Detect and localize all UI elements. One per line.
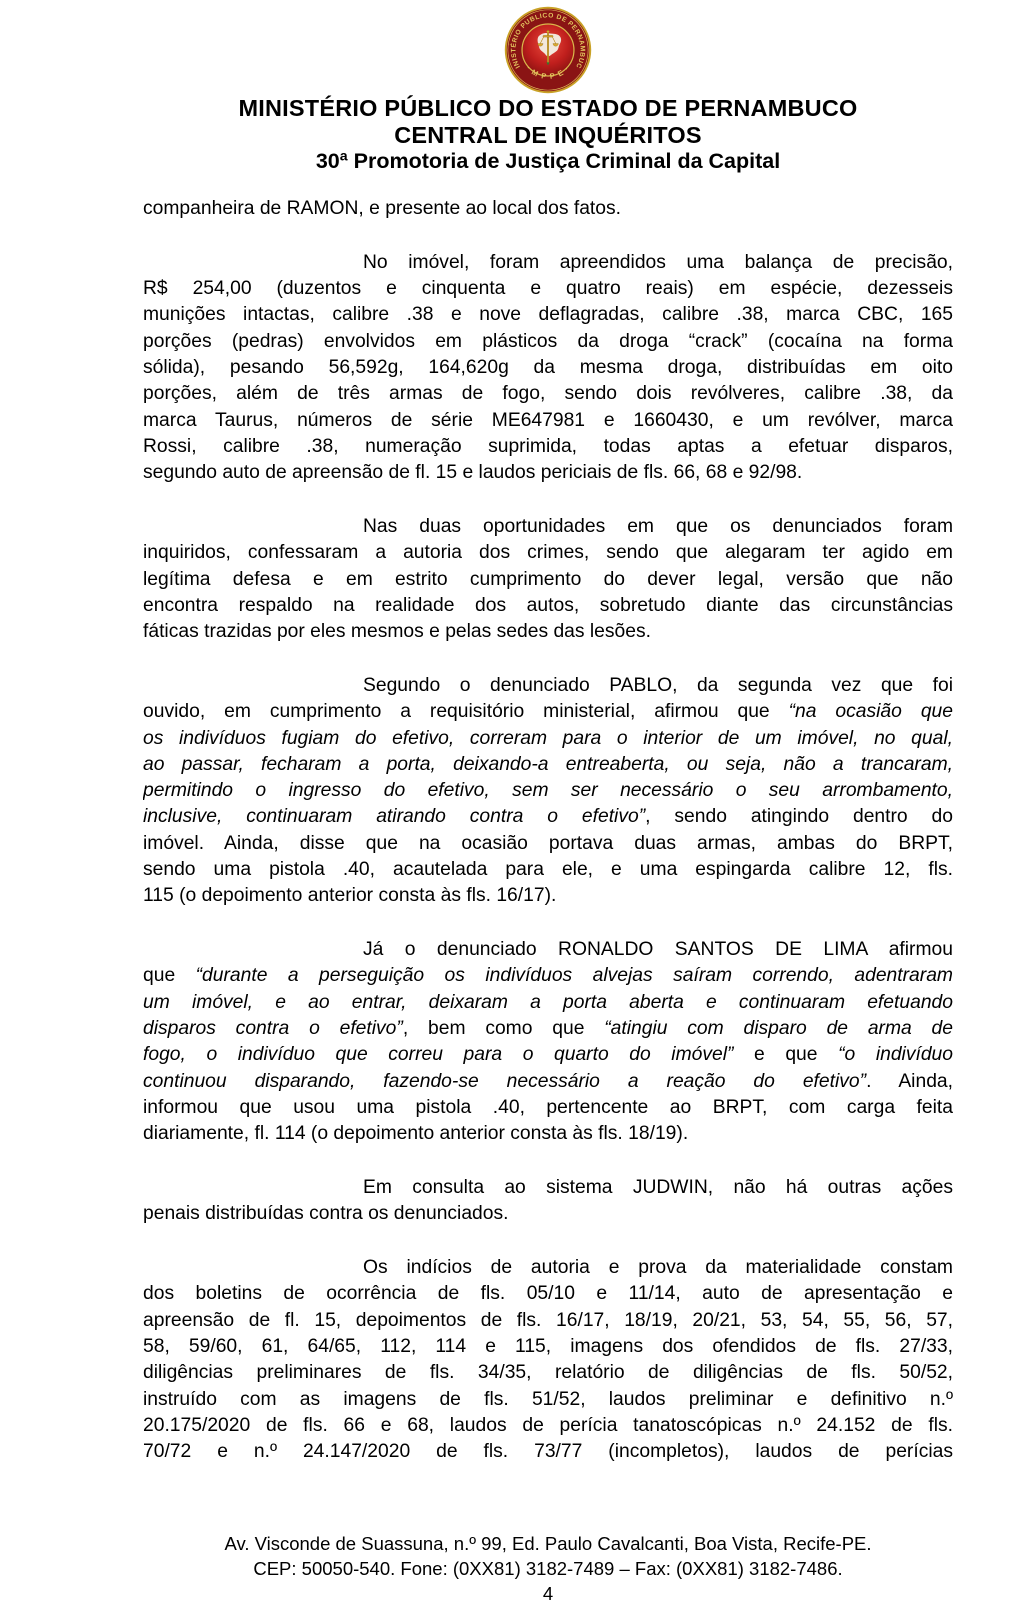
quoted-italic-text: os indivíduos fugiam do efetivo, correra… [143, 728, 953, 749]
text-line: apreensão de fl. 15, depoimentos de fls.… [143, 1308, 953, 1334]
quoted-italic-text: disparos contra o efetivo” [143, 1018, 403, 1039]
text-line: fáticas trazidas por eles mesmos e pelas… [143, 619, 953, 645]
body-text: 20.175/2020 de fls. 66 e 68, laudos de p… [143, 1415, 953, 1436]
body-text: No imóvel, foram apreendidos uma balança… [363, 252, 953, 273]
text-line: porções, além de três armas de fogo, sen… [143, 381, 953, 407]
quoted-italic-text: inclusive, continuaram atirando contra o… [143, 806, 645, 827]
document-header: MINISTÉRIO PUBLICO DE PERNAMBUCO · M P P… [143, 6, 953, 174]
body-text: , sendo atingindo dentro do [645, 806, 953, 827]
body-text: 58, 59/60, 61, 64/65, 112, 114 e 115, im… [143, 1336, 953, 1357]
text-line: dos boletins de ocorrência de fls. 05/10… [143, 1281, 953, 1307]
quoted-italic-text: “durante a perseguição os indivíduos alv… [196, 965, 953, 986]
page-number: 4 [143, 1581, 953, 1600]
text-line: um imóvel, e ao entrar, deixaram a porta… [143, 990, 953, 1016]
text-line: inquiridos, confessaram a autoria dos cr… [143, 540, 953, 566]
footer-address-line: Av. Visconde de Suassuna, n.º 99, Ed. Pa… [143, 1531, 953, 1556]
text-line: Nas duas oportunidades em que os denunci… [143, 514, 953, 540]
text-line: Já o denunciado RONALDO SANTOS DE LIMA a… [143, 937, 953, 963]
text-line: diariamente, fl. 114 (o depoimento anter… [143, 1121, 953, 1147]
text-line: sólida), pesando 56,592g, 164,620g da me… [143, 355, 953, 381]
body-text: e que [733, 1044, 838, 1065]
body-text: companheira de RAMON, e presente ao loca… [143, 198, 621, 219]
body-text: , bem como que [403, 1018, 604, 1039]
body-text: R$ 254,00 (duzentos e cinquenta e quatro… [143, 278, 953, 299]
body-text: 115 (o depoimento anterior consta às fls… [143, 885, 556, 906]
body-text: apreensão de fl. 15, depoimentos de fls.… [143, 1310, 953, 1331]
text-line: sendo uma pistola .40, acautelada para e… [143, 857, 953, 883]
text-line: diligências preliminares de fls. 34/35, … [143, 1360, 953, 1386]
text-line: 20.175/2020 de fls. 66 e 68, laudos de p… [143, 1413, 953, 1439]
paragraph: Em consulta ao sistema JUDWIN, não há ou… [143, 1175, 953, 1228]
text-line: inclusive, continuaram atirando contra o… [143, 804, 953, 830]
body-text: instruído com as imagens de fls. 51/52, … [143, 1389, 953, 1410]
body-text: porções, além de três armas de fogo, sen… [143, 383, 953, 404]
footer-contact-line: CEP: 50050-540. Fone: (0XX81) 3182-7489 … [143, 1556, 953, 1581]
body-text: Segundo o denunciado PABLO, da segunda v… [363, 675, 953, 696]
body-text: Rossi, calibre .38, numeração suprimida,… [143, 436, 953, 457]
body-text: imóvel. Ainda, disse que na ocasião port… [143, 833, 953, 854]
body-text: sólida), pesando 56,592g, 164,620g da me… [143, 357, 953, 378]
body-text: marca Taurus, números de série ME647981 … [143, 410, 953, 431]
paragraph: Segundo o denunciado PABLO, da segunda v… [143, 673, 953, 910]
quoted-italic-text: “o indivíduo [838, 1044, 953, 1065]
text-line: legítima defesa e em estrito cumprimento… [143, 567, 953, 593]
header-org-title: MINISTÉRIO PÚBLICO DO ESTADO DE PERNAMBU… [143, 95, 953, 122]
text-line: penais distribuídas contra os denunciado… [143, 1201, 953, 1227]
quoted-italic-text: um imóvel, e ao entrar, deixaram a porta… [143, 992, 953, 1013]
quoted-italic-text: fogo, o indivíduo que correu para o quar… [143, 1044, 733, 1065]
text-line: porções (pedras) envolvidos em plásticos… [143, 329, 953, 355]
text-line: permitindo o ingresso do efetivo, sem se… [143, 778, 953, 804]
header-division-title: CENTRAL DE INQUÉRITOS [143, 122, 953, 149]
text-line: munições intactas, calibre .38 e nove de… [143, 302, 953, 328]
paragraph: Já o denunciado RONALDO SANTOS DE LIMA a… [143, 937, 953, 1147]
body-text: ouvido, em cumprimento a requisitório mi… [143, 701, 789, 722]
quoted-italic-text: continuou disparando, fazendo-se necessá… [143, 1071, 866, 1092]
text-line: Rossi, calibre .38, numeração suprimida,… [143, 434, 953, 460]
text-line: ao passar, fecharam a porta, deixando-a … [143, 752, 953, 778]
paragraph: Os indícios de autoria e prova da materi… [143, 1255, 953, 1465]
text-line: Segundo o denunciado PABLO, da segunda v… [143, 673, 953, 699]
text-line: R$ 254,00 (duzentos e cinquenta e quatro… [143, 276, 953, 302]
document-body-text: companheira de RAMON, e presente ao loca… [143, 196, 953, 1465]
text-line: marca Taurus, números de série ME647981 … [143, 408, 953, 434]
quoted-italic-text: ao passar, fecharam a porta, deixando-a … [143, 754, 953, 775]
body-text: diariamente, fl. 114 (o depoimento anter… [143, 1123, 688, 1144]
body-text: diligências preliminares de fls. 34/35, … [143, 1362, 953, 1383]
text-line: Os indícios de autoria e prova da materi… [143, 1255, 953, 1281]
body-text: Já o denunciado RONALDO SANTOS DE LIMA a… [363, 939, 953, 960]
text-line: 58, 59/60, 61, 64/65, 112, 114 e 115, im… [143, 1334, 953, 1360]
text-line: encontra respaldo na realidade dos autos… [143, 593, 953, 619]
text-line: companheira de RAMON, e presente ao loca… [143, 196, 953, 222]
paragraph: companheira de RAMON, e presente ao loca… [143, 196, 953, 222]
text-line: fogo, o indivíduo que correu para o quar… [143, 1042, 953, 1068]
text-line: continuou disparando, fazendo-se necessá… [143, 1069, 953, 1095]
text-line: No imóvel, foram apreendidos uma balança… [143, 250, 953, 276]
text-line: imóvel. Ainda, disse que na ocasião port… [143, 831, 953, 857]
body-text: dos boletins de ocorrência de fls. 05/10… [143, 1283, 953, 1304]
body-text: penais distribuídas contra os denunciado… [143, 1203, 509, 1224]
body-text: Em consulta ao sistema JUDWIN, não há ou… [363, 1177, 953, 1198]
body-text: encontra respaldo na realidade dos autos… [143, 595, 953, 616]
text-line: segundo auto de apreensão de fl. 15 e la… [143, 460, 953, 486]
text-line: ouvido, em cumprimento a requisitório mi… [143, 699, 953, 725]
quoted-italic-text: “na ocasião que [789, 701, 953, 722]
body-text: fáticas trazidas por eles mesmos e pelas… [143, 621, 651, 642]
quoted-italic-text: “atingiu com disparo de arma de [604, 1018, 953, 1039]
text-line: disparos contra o efetivo”, bem como que… [143, 1016, 953, 1042]
text-line: 70/72 e n.º 24.147/2020 de fls. 73/77 (i… [143, 1439, 953, 1465]
mppe-seal-icon: MINISTÉRIO PUBLICO DE PERNAMBUCO · M P P… [503, 6, 593, 94]
body-text: Os indícios de autoria e prova da materi… [363, 1257, 953, 1278]
body-text: munições intactas, calibre .38 e nove de… [143, 304, 953, 325]
header-office-title: 30ª Promotoria de Justiça Criminal da Ca… [143, 148, 953, 174]
body-text: informou que usou uma pistola .40, perte… [143, 1097, 953, 1118]
body-text: legítima defesa e em estrito cumprimento… [143, 569, 953, 590]
text-line: informou que usou uma pistola .40, perte… [143, 1095, 953, 1121]
quoted-italic-text: permitindo o ingresso do efetivo, sem se… [143, 780, 953, 801]
body-text: porções (pedras) envolvidos em plásticos… [143, 331, 953, 352]
paragraph: No imóvel, foram apreendidos uma balança… [143, 250, 953, 487]
text-line: os indivíduos fugiam do efetivo, correra… [143, 726, 953, 752]
paragraph: Nas duas oportunidades em que os denunci… [143, 514, 953, 645]
body-text: que [143, 965, 196, 986]
text-line: 115 (o depoimento anterior consta às fls… [143, 883, 953, 909]
body-text: . Ainda, [866, 1071, 953, 1092]
body-text: inquiridos, confessaram a autoria dos cr… [143, 542, 953, 563]
body-text: sendo uma pistola .40, acautelada para e… [143, 859, 953, 880]
text-line: instruído com as imagens de fls. 51/52, … [143, 1387, 953, 1413]
document-footer: Av. Visconde de Suassuna, n.º 99, Ed. Pa… [143, 1531, 953, 1600]
body-text: segundo auto de apreensão de fl. 15 e la… [143, 462, 802, 483]
text-line: Em consulta ao sistema JUDWIN, não há ou… [143, 1175, 953, 1201]
body-text: 70/72 e n.º 24.147/2020 de fls. 73/77 (i… [143, 1441, 953, 1462]
body-text: Nas duas oportunidades em que os denunci… [363, 516, 953, 537]
document-page: MINISTÉRIO PUBLICO DE PERNAMBUCO · M P P… [0, 0, 1028, 1600]
text-line: que “durante a perseguição os indivíduos… [143, 963, 953, 989]
